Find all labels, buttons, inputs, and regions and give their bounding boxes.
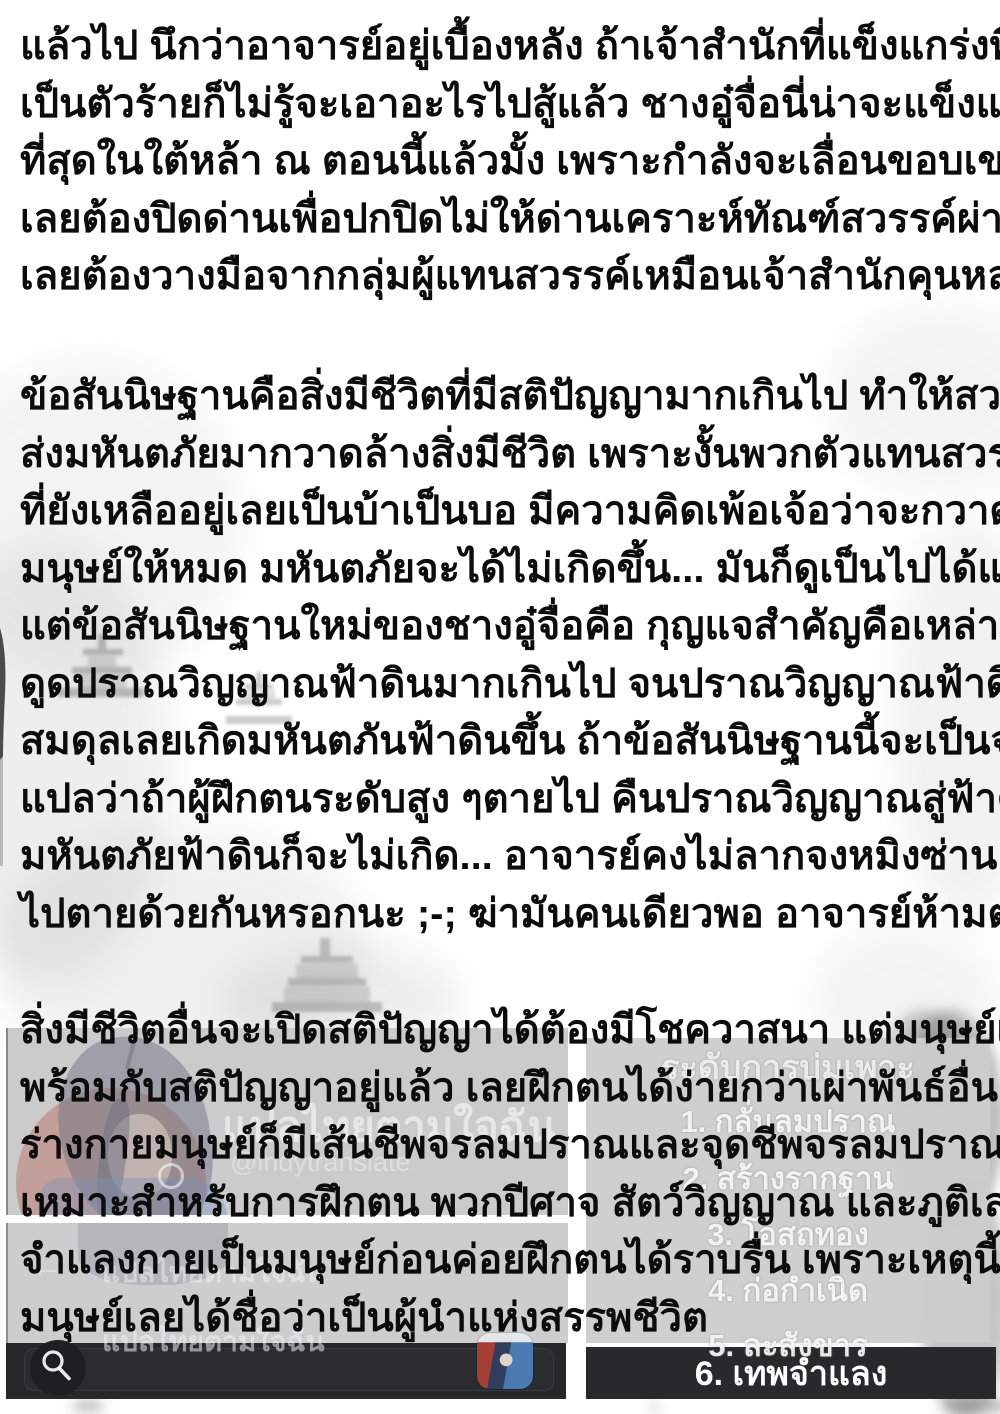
text-line: แล้วไป นึกว่าอาจารย์อยู่เบื้องหลัง ถ้าเจ… xyxy=(20,18,1000,76)
text-line: ร่างกายมนุษย์ก็มีเส้นชีพจรลมปราณและจุดชี… xyxy=(20,1117,1000,1175)
paragraph-3: สิ่งมีชีวิตอื่นจะเปิดสติปัญญาได้ต้องมีโช… xyxy=(20,1002,1000,1347)
search-icon xyxy=(30,1340,86,1396)
search-button[interactable] xyxy=(30,1340,86,1396)
text-line: ไปตายด้วยกันหรอกนะ ;-; ฆ่ามันคนเดียวพอ อ… xyxy=(20,886,1000,944)
text-line: เลยต้องวางมือจากกลุ่มผู้แทนสวรรค์เหมือนเ… xyxy=(20,248,1000,306)
text-line: พร้อมกับสติปัญญาอยู่แล้ว เลยฝึกตนได้ง่าย… xyxy=(20,1060,1000,1118)
text-line: มนุษย์เลยได้ชื่อว่าเป็นผู้นำแห่งสรรพชีวิ… xyxy=(20,1290,1000,1348)
paragraph-1: แล้วไป นึกว่าอาจารย์อยู่เบื้องหลัง ถ้าเจ… xyxy=(20,18,1000,306)
text-line: มนุษย์ให้หมด มหันตภัยจะได้ไม่เกิดขึ้น...… xyxy=(20,541,1000,599)
text-line: เลยต้องปิดด่านเพื่อปกปิดไม่ให้ด่านเคราะห… xyxy=(20,191,1000,249)
text-line: แต่ข้อสันนิษฐานใหม่ของชางอู๋จื่อคือ กุญแ… xyxy=(20,598,1000,656)
paragraph-2: ข้อสันนิษฐานคือสิ่งมีชีวิตที่มีสติปัญญาม… xyxy=(20,368,1000,943)
text-line: ส่งมหันตภัยมากวาดล้างสิ่งมีชีวิต เพราะงั… xyxy=(20,426,1000,484)
text-line: ดูดปราณวิญญาณฟ้าดินมากเกินไป จนปราณวิญญา… xyxy=(20,656,1000,714)
text-line: ที่สุดในใต้หล้า ณ ตอนนี้แล้วมั้ง เพราะกำ… xyxy=(20,133,1000,191)
text-line: ข้อสันนิษฐานคือสิ่งมีชีวิตที่มีสติปัญญาม… xyxy=(20,368,1000,426)
text-line: สมดุลเลยเกิดมหันตภันฟ้าดินขึ้น ถ้าข้อสัน… xyxy=(20,713,1000,771)
text-line: เป็นตัวร้ายก็ไม่รู้จะเอาอะไรไปสู้แล้ว ชา… xyxy=(20,76,1000,134)
text-line: สิ่งมีชีวิตอื่นจะเปิดสติปัญญาได้ต้องมีโช… xyxy=(20,1002,1000,1060)
text-line: จำแลงกายเป็นมนุษย์ก่อนค่อยฝึกตนได้ราบรื่… xyxy=(20,1232,1000,1290)
text-line: มหันตภัยฟ้าดินก็จะไม่เกิด... อาจารย์คงไม… xyxy=(20,828,1000,886)
text-line: ที่ยังเหลืออยู่เลยเป็นบ้าเป็นบอ มีความคิ… xyxy=(20,483,1000,541)
text-line: เหมาะสำหรับการฝึกตน พวกปีศาจ สัตว์วิญญาณ… xyxy=(20,1175,1000,1233)
text-line: แปลว่าถ้าผู้ฝึกตนระดับสูง ๆตายไป คืนปราณ… xyxy=(20,771,1000,829)
